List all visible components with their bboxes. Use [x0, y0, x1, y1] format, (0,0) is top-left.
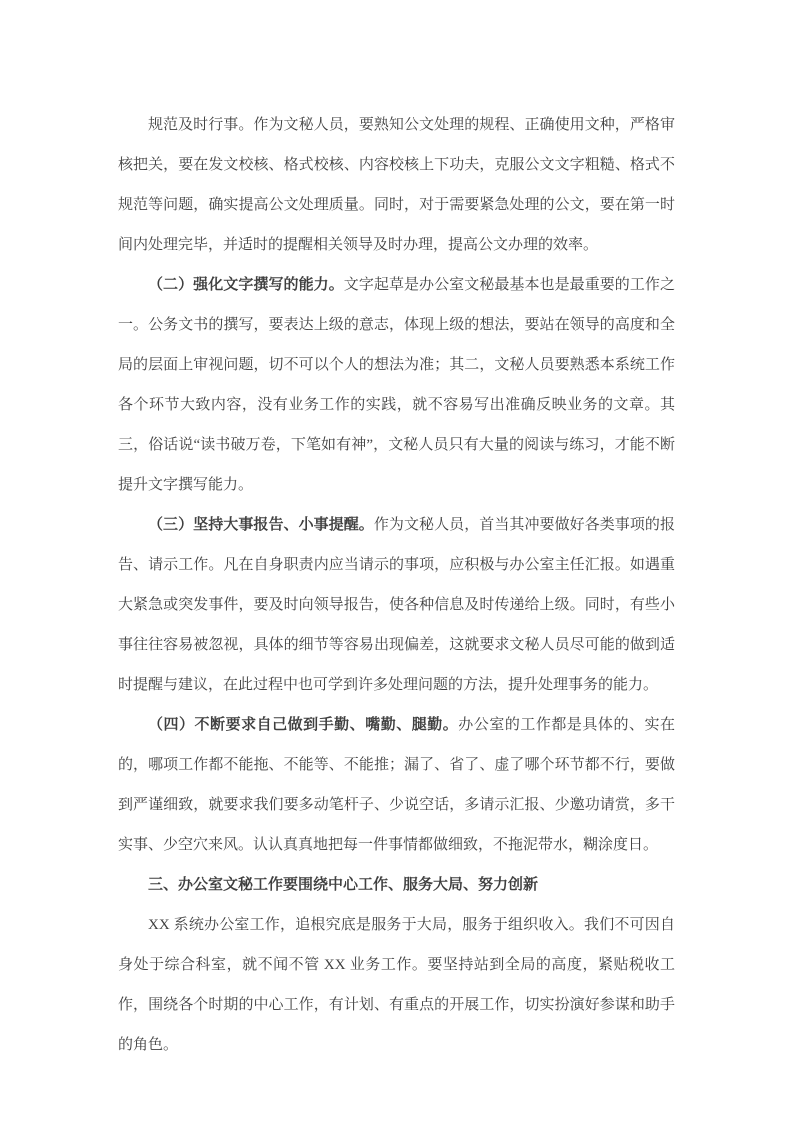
paragraph-lead: （四）不断要求自己做到手勤、嘴勤、腿勤。	[148, 717, 458, 733]
paragraph: 规范及时行事。作为文秘人员，要熟知公文处理的规程、正确使用文种，严格审核把关，要…	[118, 105, 675, 265]
document-body: 规范及时行事。作为文秘人员，要熟知公文处理的规程、正确使用文种，严格审核把关，要…	[0, 0, 793, 1065]
document-page: 规范及时行事。作为文秘人员，要熟知公文处理的规程、正确使用文种，严格审核把关，要…	[0, 0, 793, 1122]
paragraph-lead: （二）强化文字撰写的能力。	[148, 277, 344, 293]
paragraph-text: XX 系统办公室工作，追根究底是服务于大局，服务于组织收入。我们不可因自身处于综…	[118, 917, 675, 1053]
paragraph-text: 作为文秘人员，首当其冲要做好各类事项的报告、请示工作。凡在自身职责内应当请示的事…	[118, 517, 675, 693]
paragraph-lead: （三）坚持大事报告、小事提醒。	[148, 517, 374, 533]
paragraph: XX 系统办公室工作，追根究底是服务于大局，服务于组织收入。我们不可因自身处于综…	[118, 905, 675, 1065]
paragraph-text: 规范及时行事。作为文秘人员，要熟知公文处理的规程、正确使用文种，严格审核把关，要…	[118, 117, 675, 253]
paragraph: （三）坚持大事报告、小事提醒。作为文秘人员，首当其冲要做好各类事项的报告、请示工…	[118, 505, 675, 705]
section-heading: 三、办公室文秘工作要围绕中心工作、服务大局、努力创新	[118, 865, 675, 905]
paragraph-text: 文字起草是办公室文秘最基本也是最重要的工作之一。公务文书的撰写，要表达上级的意志…	[118, 277, 675, 493]
paragraph: （二）强化文字撰写的能力。文字起草是办公室文秘最基本也是最重要的工作之一。公务文…	[118, 265, 675, 505]
paragraph-text: 办公室的工作都是具体的、实在的，哪项工作都不能拖、不能等、不能推；漏了、省了、虚…	[118, 717, 675, 853]
paragraph: （四）不断要求自己做到手勤、嘴勤、腿勤。办公室的工作都是具体的、实在的，哪项工作…	[118, 705, 675, 865]
heading-text: 三、办公室文秘工作要围绕中心工作、服务大局、努力创新	[148, 877, 538, 893]
